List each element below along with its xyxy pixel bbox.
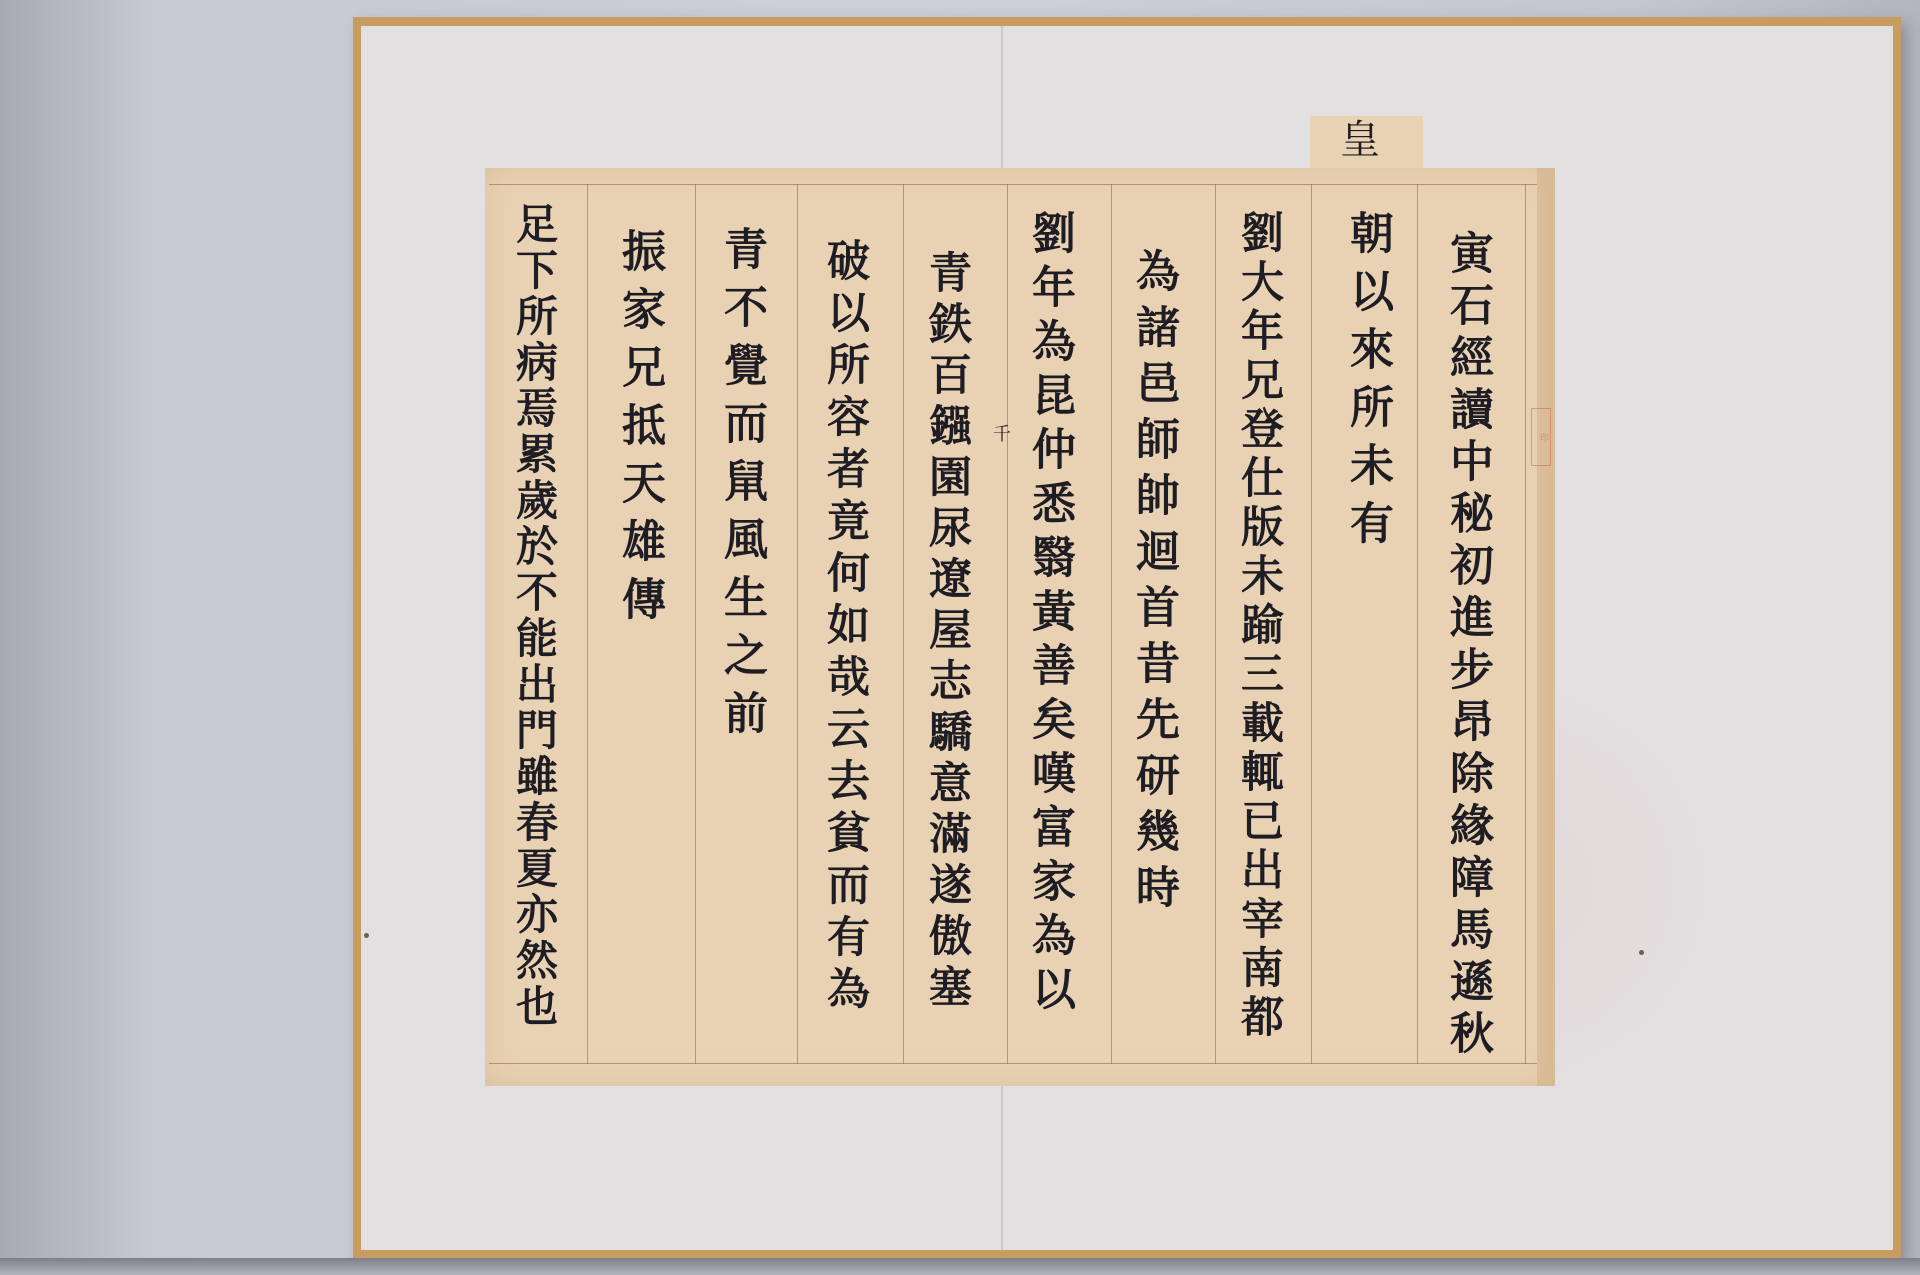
letter-column-3: 劉大年兄登仕版未踰三載輒已出宰南都: [1237, 210, 1280, 1043]
column-rule: [1215, 184, 1216, 1064]
letter-column-6: 青鉄百鏹園尿遼屋志驕意滿遂傲塞: [925, 250, 968, 1015]
letter-column-1: 寅石經讀中秘初進步昂除緣障馬遜秋: [1445, 230, 1489, 1062]
column-rule: [1525, 184, 1526, 1064]
margin-annotation: 千: [993, 426, 1011, 444]
column-rule: [1311, 184, 1312, 1064]
red-seal: 印: [1531, 408, 1551, 466]
elevated-character: 皇: [1340, 120, 1380, 160]
letter-paper: 印 寅石經讀中秘初進步昂除緣障馬遜秋 朝以來所未有 劉大年兄登仕版未踰三載輒已出…: [485, 168, 1555, 1086]
column-rule: [1111, 184, 1112, 1064]
column-rule: [1007, 184, 1008, 1064]
column-rule: [695, 184, 696, 1064]
letter-column-8: 青不覺而䑕風生之前: [719, 226, 763, 748]
column-rule: [1417, 184, 1418, 1064]
mounting-hole-left: [364, 933, 369, 938]
column-rule: [587, 184, 588, 1064]
column-rule: [903, 184, 904, 1064]
letter-column-5: 劉年為昆仲悉翳黃善矣嘆富家為以: [1027, 210, 1071, 1020]
table-edge: [0, 1258, 1920, 1275]
letter-column-4: 為諸邑師帥迴首昔先研幾時: [1131, 248, 1175, 920]
paper-right-margin: [1537, 168, 1555, 1086]
letter-column-10: 足下所病焉累歲於不能出門雖春夏亦然也: [513, 202, 555, 1030]
letter-column-7: 破以所容者竟何如哉云去貧而有為: [823, 238, 866, 1018]
letter-column-2: 朝以來所未有: [1345, 210, 1389, 558]
letter-column-9: 振家兄抵天雄傳: [617, 228, 661, 634]
mounting-hole-right: [1639, 950, 1644, 955]
column-rule: [797, 184, 798, 1064]
